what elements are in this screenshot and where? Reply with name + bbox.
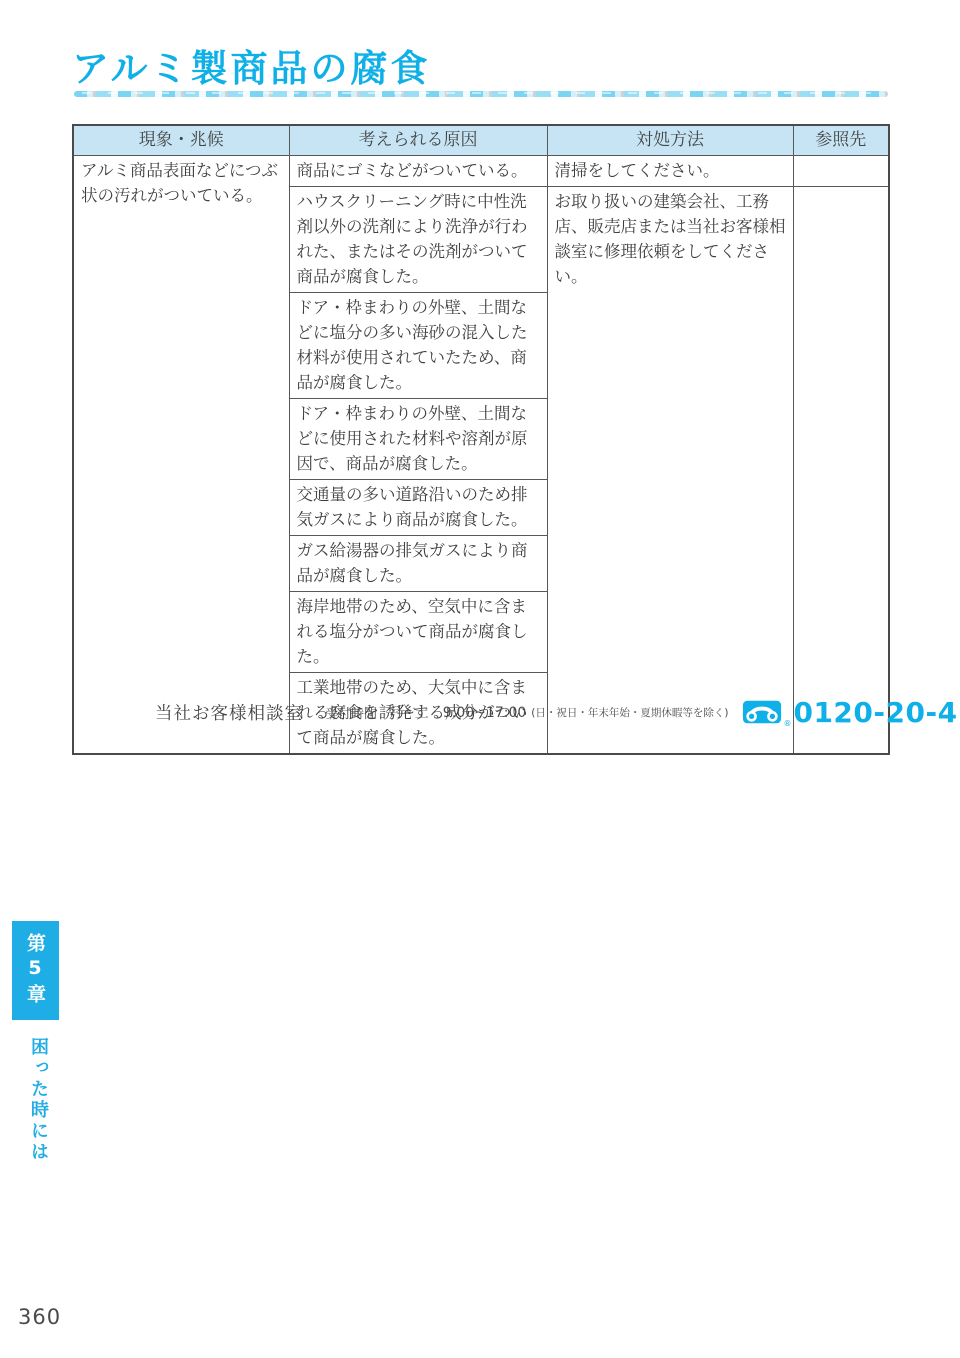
reference-cell	[793, 187, 889, 755]
hours-note: (日・祝日・年末年始・夏期休暇等を除く)	[531, 705, 728, 720]
cause-cell: ガス給湯器の排気ガスにより商品が腐食した。	[289, 536, 547, 592]
hours-value: 月~土 9:00~17:00	[389, 702, 526, 722]
remedy-cell: お取り扱いの建築会社、工務店、販売店または当社お客様相談室に修理依頼をしてくださ…	[547, 187, 793, 755]
page-title: アルミ製商品の腐食	[72, 38, 431, 92]
brush-stroke-divider	[74, 91, 888, 97]
registered-trademark: ®	[783, 719, 791, 728]
page-number: 360	[18, 1305, 61, 1329]
remedy-cell: 清掃をしてください。	[547, 156, 793, 187]
chapter-tab-label: 第5章	[22, 933, 49, 1008]
chapter-name-vertical: 困った時には	[25, 1037, 51, 1163]
header-remedy: 対処方法	[547, 125, 793, 156]
cause-cell: 交通量の多い道路沿いのため排気ガスにより商品が腐食した。	[289, 480, 547, 536]
cause-cell: 商品にゴミなどがついている。	[289, 156, 547, 187]
header-reference: 参照先	[793, 125, 889, 156]
chapter-tab: 第5章	[12, 921, 59, 1020]
freedial-phone-icon	[742, 699, 782, 725]
cause-cell: ドア・枠まわりの外壁、土間などに使用された材料や溶剤が原因で、商品が腐食した。	[289, 399, 547, 480]
cause-cell: ハウスクリーニング時に中性洗剤以外の洗剤により洗浄が行われた、またはその洗剤がつ…	[289, 187, 547, 293]
phone-number: 0120-20-4134	[793, 696, 960, 729]
header-cause: 考えられる原因	[289, 125, 547, 156]
cause-cell: 海岸地帯のため、空気中に含まれる塩分がついて商品が腐食した。	[289, 592, 547, 673]
troubleshooting-table: 現象・兆候 考えられる原因 対処方法 参照先 アルミ商品表面などにつぶ状の汚れが…	[72, 124, 890, 755]
contact-label: 当社お客様相談室	[155, 700, 303, 725]
manual-page: アルミ製商品の腐食 現象・兆候 考えられる原因 対処方法 参照先 アルミ商品表面…	[0, 0, 960, 1358]
phenomenon-cell: アルミ商品表面などにつぶ状の汚れがついている。	[73, 156, 289, 755]
customer-service-line: 当社お客様相談室 受付時間 月~土 9:00~17:00 (日・祝日・年末年始・…	[155, 694, 890, 730]
cause-cell: ドア・枠まわりの外壁、土間などに塩分の多い海砂の混入した材料が使用されていたため…	[289, 293, 547, 399]
hours-label: 受付時間	[325, 703, 377, 722]
reference-cell	[793, 156, 889, 187]
table-header-row: 現象・兆候 考えられる原因 対処方法 参照先	[73, 125, 889, 156]
header-phenomenon: 現象・兆候	[73, 125, 289, 156]
table-row: アルミ商品表面などにつぶ状の汚れがついている。 商品にゴミなどがついている。 清…	[73, 156, 889, 187]
